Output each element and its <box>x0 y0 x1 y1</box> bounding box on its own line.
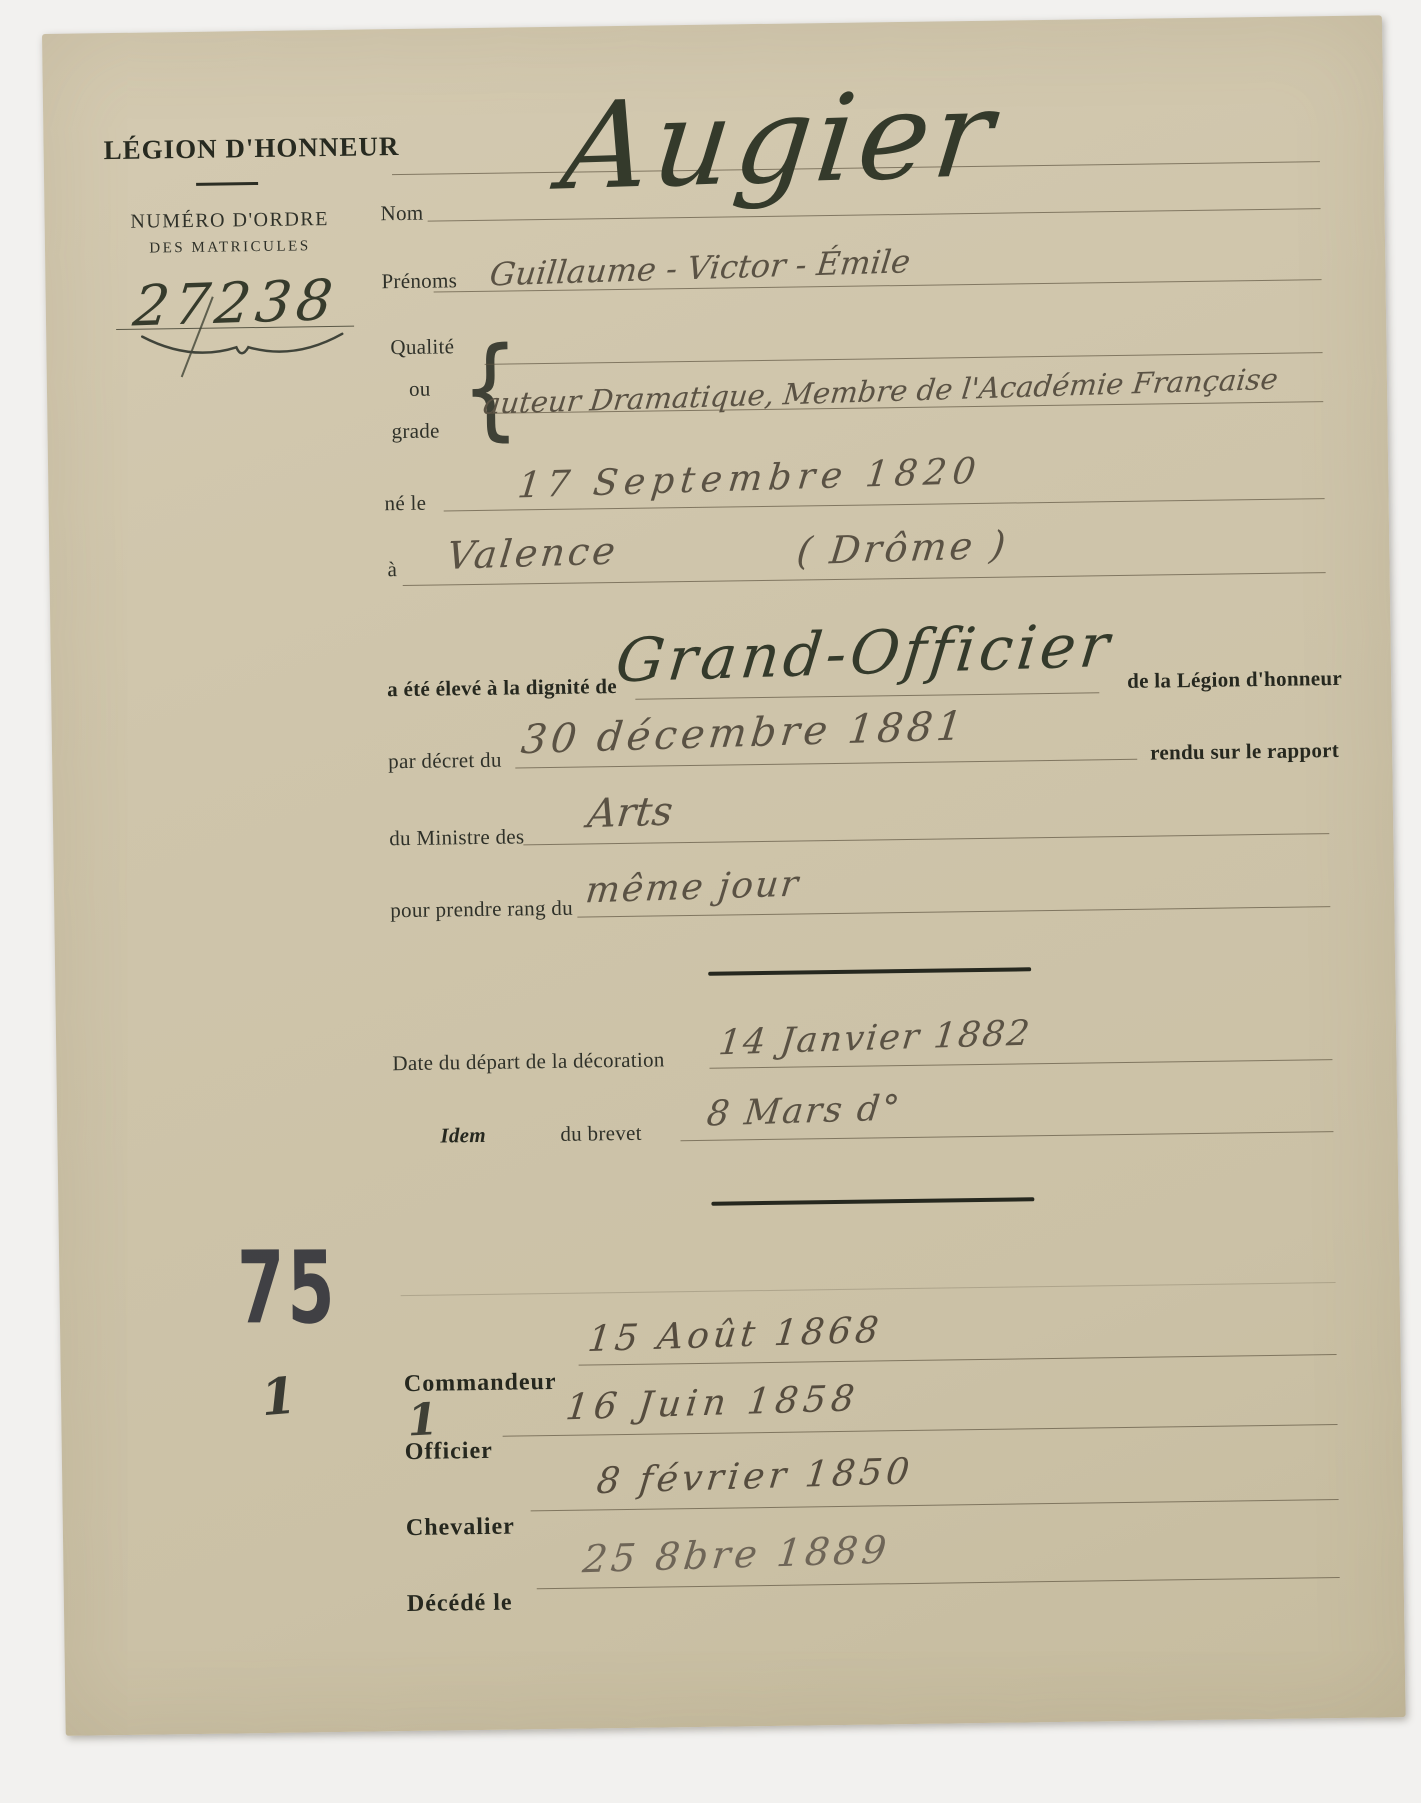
field-label-qualite-2: ou <box>409 377 431 402</box>
field-label-brevet: du brevet <box>560 1121 642 1147</box>
handwritten-decret: 30 décembre 1881 <box>519 703 969 763</box>
document-paper: LÉGION D'HONNEUR NUMÉRO D'ORDRE DES MATR… <box>42 15 1406 1736</box>
field-label-ne-le: né le <box>384 491 426 517</box>
handwritten-brevet: 8 Mars d° <box>705 1088 904 1134</box>
field-label-qualite-1: Qualité <box>390 334 454 360</box>
masthead-divider <box>196 182 258 186</box>
handwritten-chevalier: 8 février 1850 <box>595 1451 916 1502</box>
handwritten-ministre: Arts <box>585 788 675 837</box>
ruled-line-qualite-1 <box>485 352 1323 365</box>
handwritten-commandeur: 15 Août 1868 <box>586 1310 885 1360</box>
handwritten-ne-le: 17 Septembre 1820 <box>516 451 984 507</box>
field-label-dignite: a été élevé à la dignité de <box>387 674 617 702</box>
handwritten-depart: 14 Janvier 1882 <box>717 1014 1034 1064</box>
field-label-depart: Date du départ de la décoration <box>392 1047 665 1076</box>
scanned-page: LÉGION D'HONNEUR NUMÉRO D'ORDRE DES MATR… <box>0 0 1421 1803</box>
field-label-chevalier: Chevalier <box>406 1514 515 1543</box>
field-label-ministre: du Ministre des <box>389 824 524 851</box>
field-label-rang: pour prendre rang du <box>390 896 573 924</box>
field-label-officier: Officier <box>405 1438 493 1466</box>
handwritten-lieu-departement: ( Drôme ) <box>795 523 1011 574</box>
handwritten-officier: 16 Juin 1858 <box>564 1378 862 1428</box>
ruled-line-blank <box>401 1282 1336 1296</box>
handwritten-decede: 25 8bre 1889 <box>581 1528 893 1582</box>
field-label-lieu: à <box>387 557 397 582</box>
handwritten-rang: même jour <box>584 864 802 912</box>
field-label-decret: par décret du <box>388 748 502 775</box>
section-divider-2 <box>711 1197 1034 1206</box>
field-label-dignite-after: de la Légion d'honneur <box>1127 666 1342 694</box>
field-label-qualite-3: grade <box>391 418 439 444</box>
field-label-nom: Nom <box>380 201 423 227</box>
field-label-decede: Décédé le <box>407 1590 513 1618</box>
handwritten-lieu: Valence <box>445 528 621 577</box>
margin-annotation: 1 <box>259 1365 299 1427</box>
underbrace-flourish <box>138 330 349 373</box>
field-label-prenoms: Prénoms <box>381 268 457 294</box>
masthead-title: LÉGION D'HONNEUR <box>103 132 353 166</box>
field-label-decret-after: rendu sur le rapport <box>1150 738 1339 766</box>
handwritten-dignite: Grand-Officier <box>612 611 1116 697</box>
ruled-line-chevalier <box>531 1499 1339 1511</box>
masthead-subtitle-2: DES MATRICULES <box>105 238 355 258</box>
ruled-line-brevet <box>681 1131 1334 1141</box>
field-label-idem: Idem <box>440 1123 486 1149</box>
masthead-subtitle-1: NUMÉRO D'ORDRE <box>104 208 354 234</box>
handwritten-qualite: auteur Dramatique, Membre de l'Académie … <box>481 362 1279 421</box>
section-divider-1 <box>708 967 1031 976</box>
handwritten-nom: Augier <box>556 65 1004 218</box>
department-stamp: 75 <box>237 1229 338 1346</box>
